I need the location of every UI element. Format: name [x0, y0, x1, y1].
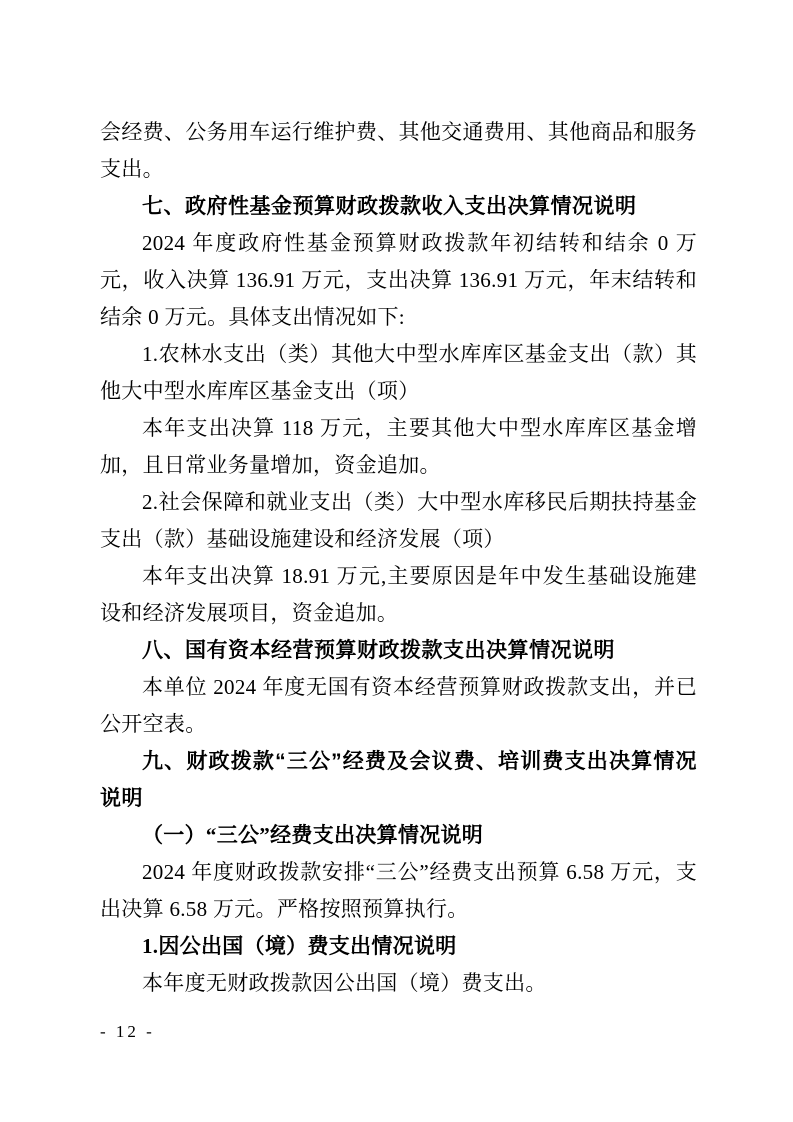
paragraph-three-public-budget-detail: 2024 年度财政拨款安排“三公”经费支出预算 6.58 万元，支出决算 6.5…: [100, 854, 697, 928]
paragraph-item1-detail: 本年支出决算 118 万元，主要其他大中型水库库区基金增加，且日常业务量增加，资…: [100, 410, 697, 484]
subheading-three-public-expense: （一）“三公”经费支出决算情况说明: [100, 817, 697, 854]
document-body: 会经费、公务用车运行维护费、其他交通费用、其他商品和服务支出。 七、政府性基金预…: [100, 114, 697, 1002]
paragraph-gov-fund-overview: 2024 年度政府性基金预算财政拨款年初结转和结余 0 万元，收入决算 136.…: [100, 225, 697, 336]
paragraph-overseas-travel-detail: 本年度无财政拨款因公出国（境）费支出。: [100, 965, 697, 1002]
paragraph-state-capital-detail: 本单位 2024 年度无国有资本经营预算财政拨款支出，并已公开空表。: [100, 669, 697, 743]
section-heading-seven-gov-fund-budget: 七、政府性基金预算财政拨款收入支出决算情况说明: [100, 188, 697, 225]
section-heading-eight-state-capital: 八、国有资本经营预算财政拨款支出决算情况说明: [100, 632, 697, 669]
subheading-overseas-travel-expense: 1.因公出国（境）费支出情况说明: [100, 928, 697, 965]
section-heading-nine-three-public-funds: 九、财政拨款“三公”经费及会议费、培训费支出决算情况说明: [100, 743, 697, 817]
page-number: - 12 -: [100, 1021, 155, 1043]
paragraph-item2-social-security-title: 2.社会保障和就业支出（类）大中型水库移民后期扶持基金支出（款）基础设施建设和经…: [100, 484, 697, 558]
document-page: 会经费、公务用车运行维护费、其他交通费用、其他商品和服务支出。 七、政府性基金预…: [0, 0, 793, 1122]
paragraph-item1-agriculture-water-title: 1.农林水支出（类）其他大中型水库库区基金支出（款）其他大中型水库库区基金支出（…: [100, 336, 697, 410]
paragraph-item2-detail: 本年支出决算 18.91 万元,主要原因是年中发生基础设施建设和经济发展项目，资…: [100, 558, 697, 632]
paragraph-continuation-expenses: 会经费、公务用车运行维护费、其他交通费用、其他商品和服务支出。: [100, 114, 697, 188]
